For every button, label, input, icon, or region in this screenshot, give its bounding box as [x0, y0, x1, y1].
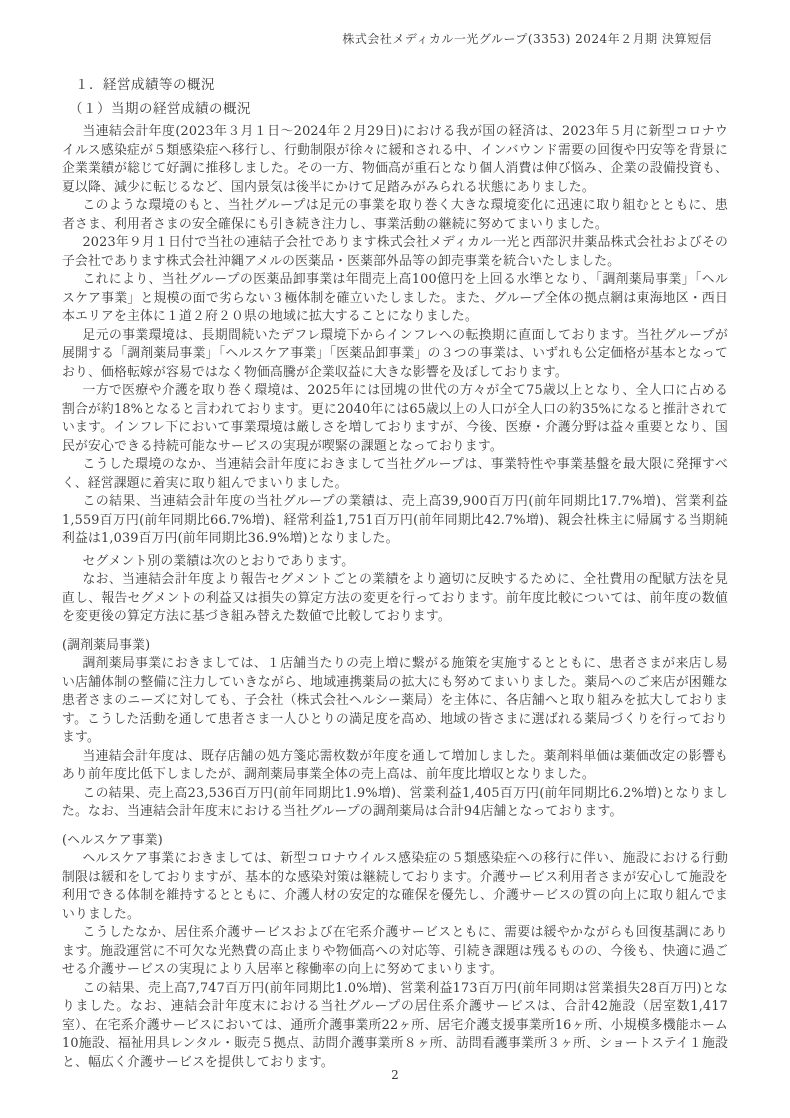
paragraph-healthcare-results: この結果、売上高7,747百万円(前年同期比1.0%増)、営業利益173百万円(… — [62, 980, 728, 1073]
document-body: １．経営成績等の概況 （１）当期の経営成績の概況 当連結会計年度(2023年３月… — [62, 76, 728, 1072]
paragraph-healthcare-initiatives: ヘルスケア事業におきましては、新型コロナウイルス感染症の５類感染症への移行に伴い… — [62, 850, 728, 924]
paragraph-segment-method-change: なお、当連結会計年度より報告セグメントごとの業績をより適切に反映するために、全社… — [62, 571, 728, 627]
paragraph-healthcare-demand: こうしたなか、居住系介護サービスおよび在宅系介護サービスともに、需要は緩やかなが… — [62, 924, 728, 980]
paragraph-group-response: このような環境のもと、当社グループは足元の事業を取り巻く大きな環境変化に迅速に取… — [62, 197, 728, 234]
segment-heading-pharmacy: (調剤薬局事業) — [62, 637, 728, 656]
paragraph-subsidiary-integration: 2023年９月１日付で当社の連結子会社であります株式会社メディカル一光と西部沢井… — [62, 234, 728, 271]
paragraph-pharmacy-initiatives: 調剤薬局事業におきましては、１店舗当たりの売上増に繋がる施策を実施するとともに、… — [62, 655, 728, 748]
page-number: 2 — [0, 1068, 790, 1082]
paragraph-business-environment: 足元の事業環境は、長期間続いたデフレ環境下からインフレへの転換期に直面しておりま… — [62, 327, 728, 383]
paragraph-economy-overview: 当連結会計年度(2023年３月１日～2024年２月29日)における我が国の経済は… — [62, 123, 728, 197]
document-page: 株式会社メディカル一光グループ(3353) 2024年２月期 決算短信 １．経営… — [0, 0, 790, 1118]
paragraph-segment-intro: セグメント別の業績は次のとおりであります。 — [62, 553, 728, 572]
segment-heading-healthcare: (ヘルスケア事業) — [62, 832, 728, 851]
section-title: １．経営成績等の概況 — [75, 76, 728, 95]
paragraph-management-efforts: こうした環境のなか、当連結会計年度におきまして当社グループは、事業特性や事業基盤… — [62, 456, 728, 493]
subsection-title: （１）当期の経営成績の概況 — [69, 100, 728, 119]
document-header: 株式会社メディカル一光グループ(3353) 2024年２月期 決算短信 — [342, 30, 712, 47]
paragraph-aging-society: 一方で医療や介護を取り巻く環境は、2025年には団塊の世代の方々が全て75歳以上… — [62, 382, 728, 456]
paragraph-wholesale-scale: これにより、当社グループの医薬品卸事業は年間売上高100億円を上回る水準となり、… — [62, 271, 728, 327]
paragraph-pharmacy-performance: 当連結会計年度は、既存店舗の処方箋応需枚数が年度を通して増加しました。薬剤料単価… — [62, 748, 728, 785]
paragraph-pharmacy-results: この結果、売上高23,536百万円(前年同期比1.9%増)、営業利益1,405百… — [62, 785, 728, 822]
paragraph-consolidated-results: この結果、当連結会計年度の当社グループの業績は、売上高39,900百万円(前年同… — [62, 493, 728, 549]
